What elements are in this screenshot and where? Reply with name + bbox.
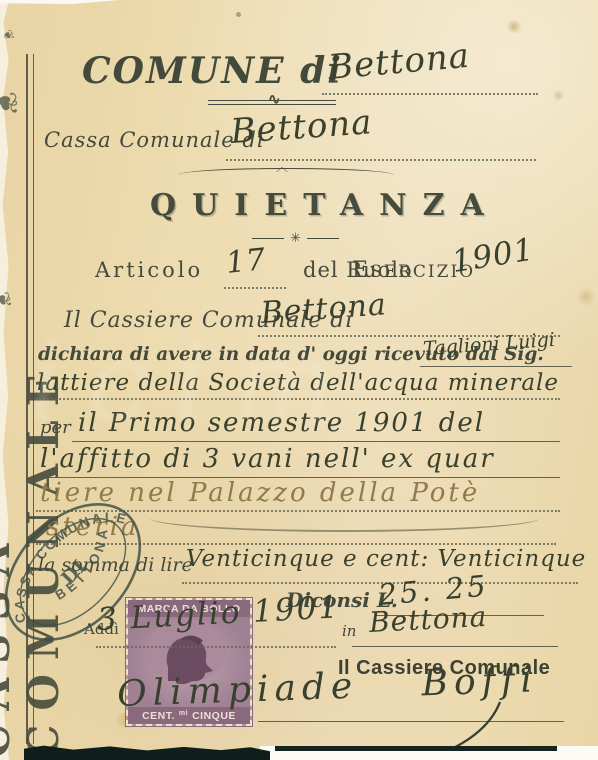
place-value-handwritten: Bettona	[368, 600, 488, 639]
divider-star-icon: ✳	[290, 231, 301, 246]
stub-vertical-text: CASSA COMUNALE	[0, 138, 20, 758]
ink-dot	[236, 12, 241, 17]
articolo-label: Articolo	[95, 258, 203, 282]
leader-line	[226, 158, 536, 161]
archive-watermark: icim	[28, 318, 360, 446]
age-spot	[505, 20, 523, 33]
divider-knot-icon: ∿	[268, 90, 281, 108]
svg-text:BETTONA: BETTONA	[40, 518, 127, 606]
handwritten-flourish-dash	[150, 518, 540, 532]
age-spot	[552, 90, 565, 101]
articolo-value-handwritten: 17	[224, 242, 268, 281]
leader-line	[224, 286, 286, 289]
oval-stamp-bottom-text: BETTONA	[40, 518, 127, 606]
receipt-document: icim CASSA COMUNALE ❦ ❦ ❦ COMUNE di Bett…	[0, 0, 598, 760]
star-divider: ✳	[252, 231, 339, 246]
photo-backdrop-white	[0, 0, 120, 4]
divider-bar	[252, 238, 284, 239]
photo-backdrop-dark	[275, 746, 557, 751]
signature-underline	[258, 720, 564, 722]
leader-line	[96, 645, 336, 648]
reason-line2-handwritten: l'affitto di 3 vani nell' ex quar	[40, 444, 495, 474]
edge-flourish-icon: ❦	[0, 91, 23, 116]
age-spot	[578, 286, 594, 308]
comune-label: COMUNE di	[82, 50, 343, 92]
document-title: QUIETANZA	[150, 188, 500, 223]
comune-value-handwritten: Bettona	[327, 36, 472, 88]
leader-line	[322, 92, 538, 95]
leader-line	[420, 365, 572, 367]
esercizio-value-handwritten: 1901	[449, 231, 537, 280]
divider-brace-icon: ︿	[276, 158, 288, 175]
somma-value-handwritten: Venticinque e cent: Venticinque	[186, 546, 586, 572]
leader-line	[352, 645, 558, 647]
divider-bar	[307, 238, 339, 239]
in-label: in	[342, 622, 356, 640]
cassa-value-handwritten: Bettona	[229, 102, 374, 152]
